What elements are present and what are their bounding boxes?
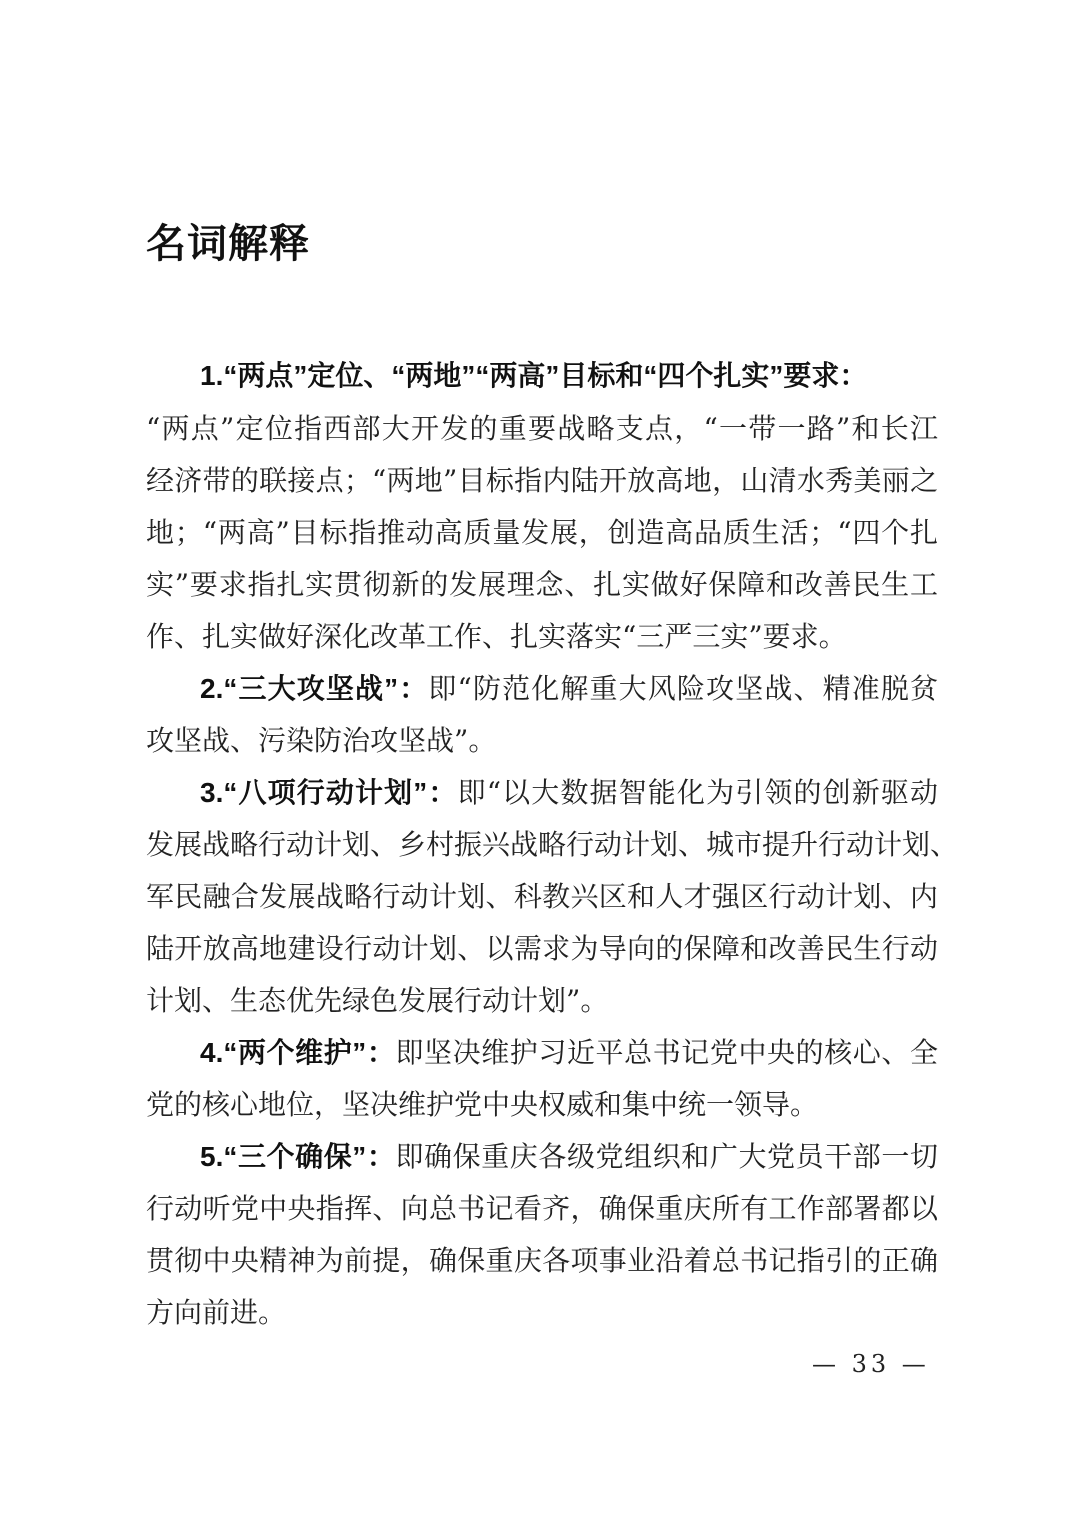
item-2-number: 2. (200, 673, 223, 704)
item-1-term: “两点”定位、“两地”“两高”目标和“四个扎实”要求： (223, 360, 867, 391)
item-1-heading: 1.“两点”定位、“两地”“两高”目标和“四个扎实”要求： (200, 356, 938, 396)
item-5-term: “三个确保”： (223, 1141, 395, 1172)
item-2-text: 即“防范化解重大风险攻坚战、精准脱贫 (428, 672, 938, 705)
item-1-line: “两点”定位指西部大开发的重要战略支点，“一带一路”和长江 (146, 409, 938, 449)
item-5-text: 即确保重庆各级党组织和广大党员干部一切 (395, 1140, 938, 1173)
item-1-number: 1. (200, 360, 223, 391)
item-5-line: 行动听党中央指挥、向总书记看齐，确保重庆所有工作部署都以 (146, 1189, 938, 1229)
item-3-line: 军民融合发展战略行动计划、科教兴区和人才强区行动计划、内 (146, 877, 938, 917)
item-1-line: 作、扎实做好深化改革工作、扎实落实“三严三实”要求。 (146, 617, 938, 657)
item-5-heading: 5.“三个确保”：即确保重庆各级党组织和广大党员干部一切 (200, 1137, 938, 1177)
item-3-heading: 3.“八项行动计划”：即“以大数据智能化为引领的创新驱动 (200, 773, 938, 813)
item-5-number: 5. (200, 1141, 223, 1172)
page-number: — 33 — (812, 1350, 930, 1378)
item-5-line: 贯彻中央精神为前提，确保重庆各项事业沿着总书记指引的正确 (146, 1241, 938, 1281)
item-1-line: 经济带的联接点；“两地”目标指内陆开放高地，山清水秀美丽之 (146, 461, 938, 501)
item-1-line: 地；“两高”目标指推动高质量发展，创造高品质生活；“四个扎 (146, 513, 938, 553)
item-2-heading: 2.“三大攻坚战”：即“防范化解重大风险攻坚战、精准脱贫 (200, 669, 938, 709)
item-4-heading: 4.“两个维护”：即坚决维护习近平总书记党中央的核心、全 (200, 1033, 938, 1073)
item-1-line: 实”要求指扎实贯彻新的发展理念、扎实做好保障和改善民生工 (146, 565, 938, 605)
item-4-number: 4. (200, 1037, 223, 1068)
item-4-term: “两个维护”： (223, 1037, 395, 1068)
item-3-line: 计划、生态优先绿色发展行动计划”。 (146, 981, 938, 1021)
item-3-line: 发展战略行动计划、乡村振兴战略行动计划、城市提升行动计划、 (146, 825, 938, 865)
item-2-term: “三大攻坚战”： (223, 673, 428, 704)
item-2-line: 攻坚战、污染防治攻坚战”。 (146, 721, 938, 761)
item-4-text: 即坚决维护习近平总书记党中央的核心、全 (395, 1036, 938, 1069)
item-5-line: 方向前进。 (146, 1293, 938, 1333)
page-title: 名词解释 (146, 212, 310, 269)
document-page: 名词解释 1.“两点”定位、“两地”“两高”目标和“四个扎实”要求： “两点”定… (0, 0, 1074, 1520)
item-3-text: 即“以大数据智能化为引领的创新驱动 (458, 776, 938, 809)
item-3-line: 陆开放高地建设行动计划、以需求为导向的保障和改善民生行动 (146, 929, 938, 969)
item-3-number: 3. (200, 777, 223, 808)
item-4-line: 党的核心地位，坚决维护党中央权威和集中统一领导。 (146, 1085, 938, 1125)
item-3-term: “八项行动计划”： (223, 777, 457, 808)
